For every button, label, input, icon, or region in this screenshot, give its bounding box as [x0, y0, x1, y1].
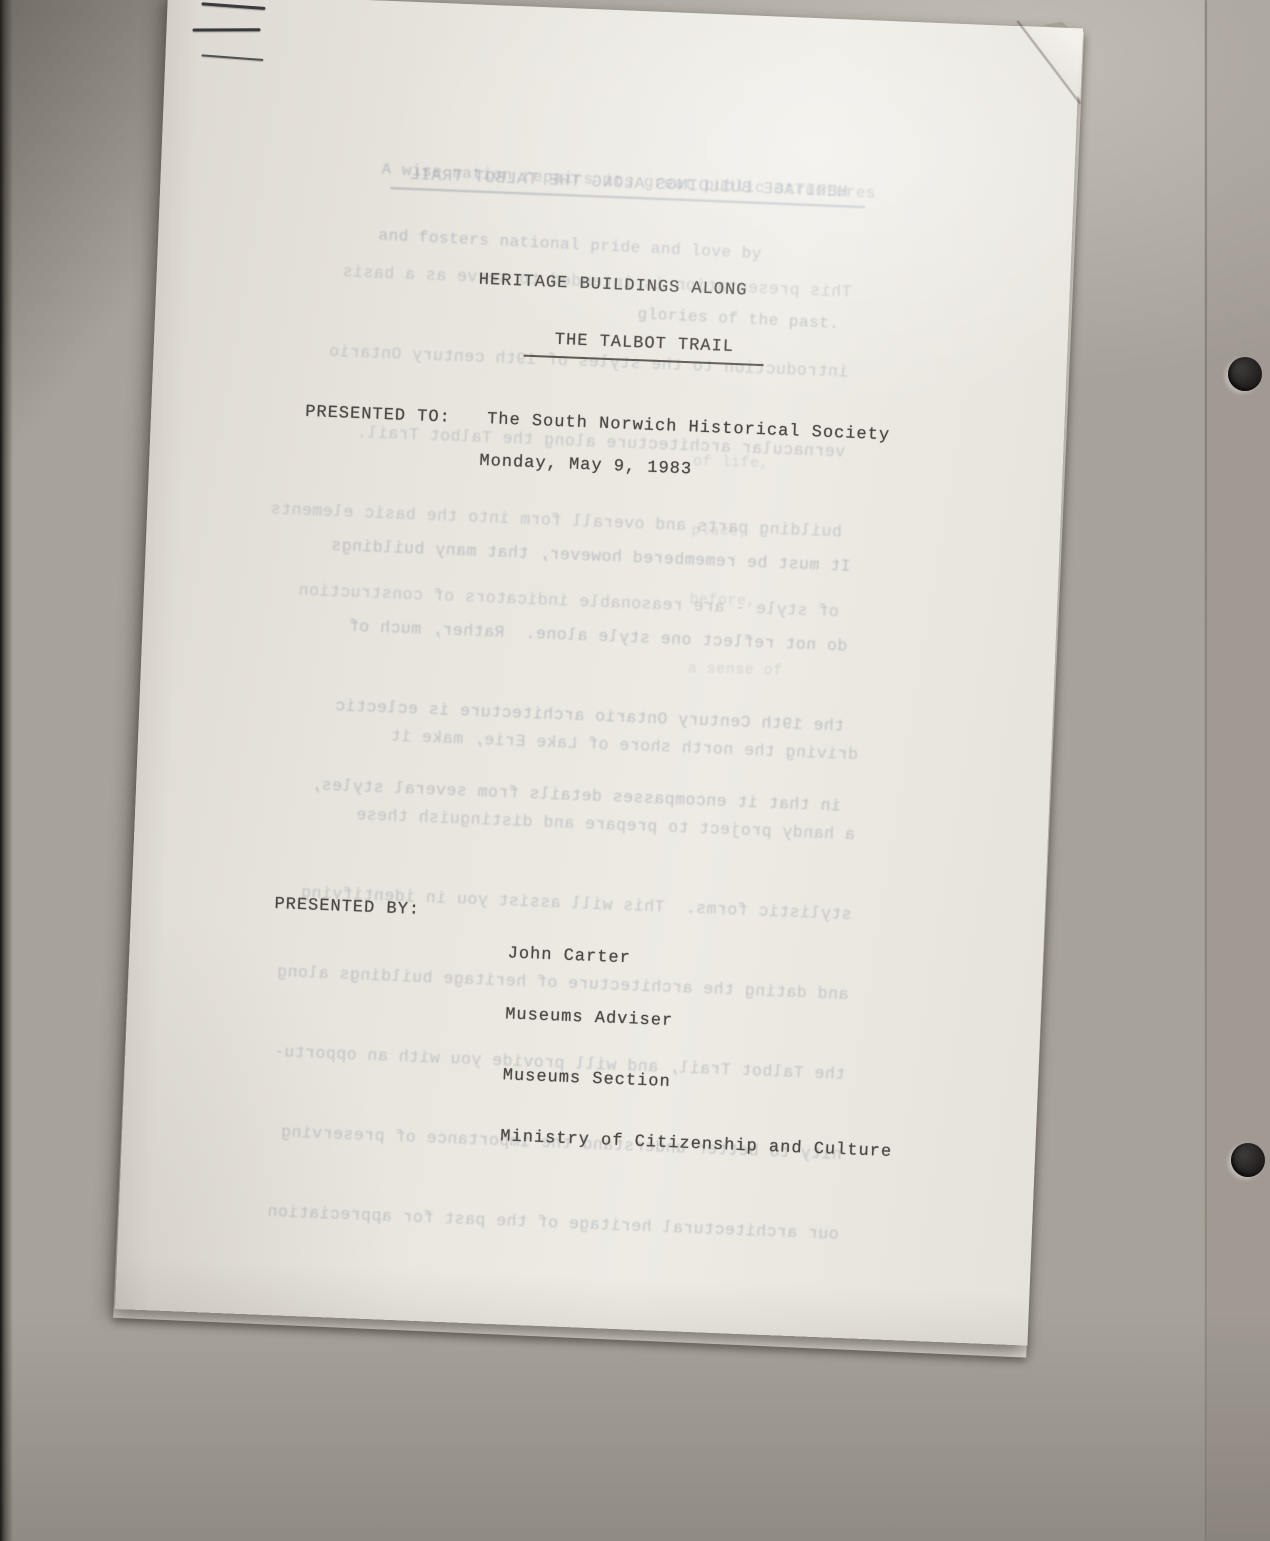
ghost-line: of life,	[693, 450, 789, 475]
staple-mark-icon	[201, 54, 263, 61]
scrapbook-photo: A wise nation repairs its great public s…	[0, 0, 1270, 1541]
board-crease-line	[1205, 0, 1207, 1541]
ghost-line: a handy project to prepare and distingui…	[274, 791, 855, 856]
ghost-line: our architectural heritage of the past f…	[258, 1191, 839, 1256]
underlined-title-text: THE TALBOT TRAIL	[524, 330, 764, 367]
presenter-ministry: Ministry of Citizenship and Culture	[500, 1127, 893, 1164]
ghost-title-text: HERITAGE BUILDINGS ALONG THE TALBOT TRAI…	[391, 165, 866, 208]
presented-by-block: John Carter Museums Adviser Museums Sect…	[498, 904, 901, 1204]
staple-mark-icon	[193, 28, 261, 31]
punch-hole-icon	[1228, 357, 1262, 391]
presenter-section: Museums Section	[502, 1066, 895, 1103]
presenter-role: Museums Adviser	[505, 1005, 898, 1042]
ghost-line: driving the north shore of Lake Erie, ma…	[278, 711, 859, 776]
ghost-line: It must be remembered however, that many…	[280, 523, 851, 588]
document-page: A wise nation repairs its great public s…	[115, 0, 1080, 1346]
ghost-line: do not reflect one style alone. Rather, …	[277, 603, 848, 668]
staple-mark-icon	[201, 2, 265, 10]
punch-hole-icon	[1231, 1143, 1265, 1177]
corner-fold	[1014, 21, 1083, 104]
presenter-name: John Carter	[507, 944, 900, 981]
board-right-strip	[1208, 0, 1270, 1541]
